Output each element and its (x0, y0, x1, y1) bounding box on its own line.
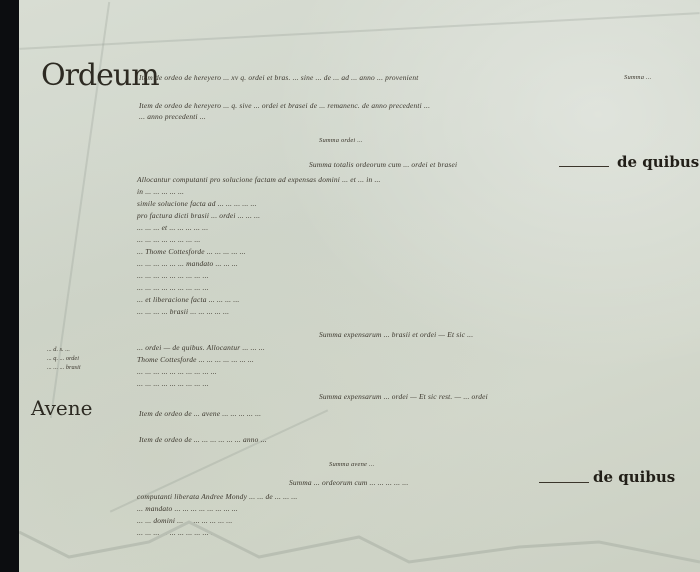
keyword-de-quibus: de quibus (593, 468, 675, 486)
entry-line: ... anno precedenti ... (139, 112, 206, 122)
entry-line: Thome Cottesforde ... ... ... ... ... ..… (137, 355, 254, 365)
entry-line: Item de ordeo de hereyero ... q. sive ..… (139, 101, 430, 111)
subtotal-line: Summa ordei ... (319, 136, 363, 146)
marginal-note: ... d. s. ... (47, 345, 70, 354)
entry-line: Item de ordeo de ... avene ... ... ... .… (139, 409, 261, 419)
marginal-heading-avene: Avene (31, 396, 92, 420)
entry-line: ... ... ... ... ... ... ... ... ... (137, 283, 209, 293)
marginal-note: ... q. ... ordei (47, 354, 79, 363)
rule (539, 482, 589, 483)
entry-line: Item de ordeo de hereyero ... xv q. orde… (139, 73, 419, 83)
entry-line: ... et liberacione facta ... ... ... ... (137, 295, 239, 305)
rule (559, 166, 609, 167)
folded-edge (19, 502, 700, 572)
entry-line: ... ... ... et ... ... ... ... ... (137, 223, 208, 233)
entry-line: ... ordei — de quibus. Allocantur ... ..… (137, 343, 265, 353)
entry-line: ... ... ... ... ... ... ... ... (137, 235, 200, 245)
entry-line: Item de ordeo de ... ... ... ... ... ...… (139, 435, 267, 445)
fold-crease (19, 12, 699, 50)
entry-line: pro factura dicti brasii ... ordei ... .… (137, 211, 260, 221)
summa-line: Summa ... ordeorum cum ... ... ... ... .… (289, 478, 408, 488)
totals-line: Summa expensarum ... ordei — Et sic rest… (319, 392, 488, 402)
entry-line: ... ... ... ... ... ... mandato ... ... … (137, 259, 238, 269)
right-note: Summa ... (624, 73, 651, 83)
entry-line: in ... ... ... ... ... (137, 187, 184, 197)
entry-line: simile solucione facta ad ... ... ... ..… (137, 199, 257, 209)
marginal-note: ... ... ... brasii (47, 363, 81, 372)
subtotal-line: Summa avene ... (329, 460, 374, 470)
keyword-de-quibus: de quibus (617, 153, 699, 171)
entry-line: ... Thome Cottesforde ... ... ... ... ..… (137, 247, 246, 257)
entry-line: ... ... ... ... ... ... ... ... ... (137, 379, 209, 389)
entry-line: Allocantur computanti pro solucione fact… (137, 175, 381, 185)
entry-line: ... ... ... ... ... ... ... ... ... ... (137, 367, 217, 377)
entry-line: computanti liberata Andree Mondy ... ...… (137, 492, 297, 502)
summa-line: Summa totalis ordeorum cum ... ordei et … (309, 160, 457, 170)
parchment-membrane: Ordeum Item de ordeo de hereyero ... xv … (19, 0, 700, 572)
entry-line: ... ... ... ... ... ... ... ... ... (137, 271, 209, 281)
summa-line: Summa expensarum ... brasii et ordei — E… (319, 330, 473, 340)
entry-line: ... ... ... ... brasii ... ... ... ... .… (137, 307, 229, 317)
